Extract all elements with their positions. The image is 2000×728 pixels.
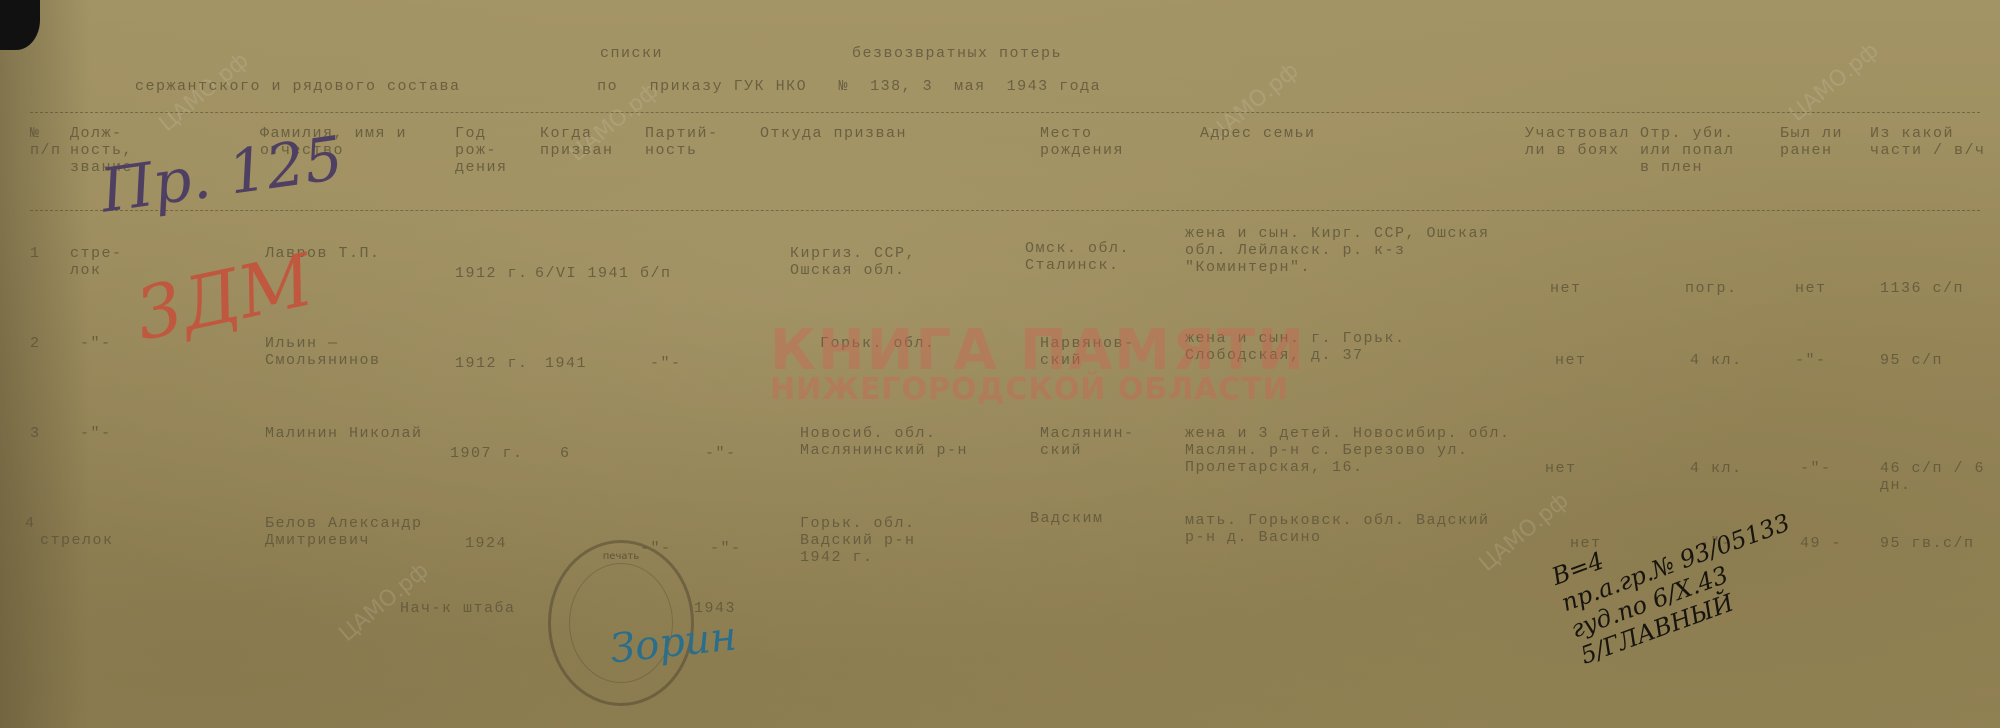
row-year: 1907 г.	[450, 445, 524, 462]
memory-book-watermark-region: НИЖЕГОРОДСКОЙ ОБЛАСТИ	[770, 372, 1289, 407]
row-name: Малинин Николай	[265, 425, 445, 442]
doc-header-line2: сержантского и рядового состава по прика…	[135, 78, 1101, 95]
row-called: 1941	[545, 355, 587, 372]
col-year: Год рож-дения	[455, 125, 535, 176]
col-unit: Из какой части / в/ч	[1870, 125, 1995, 159]
row-name: Белов Александр Дмитриевич	[265, 515, 465, 549]
columns-rule	[30, 210, 1980, 211]
col-from: Откуда призван	[760, 125, 970, 142]
col-battles: Участвовал ли в боях	[1525, 125, 1625, 159]
row-year: 1912 г.	[455, 355, 529, 372]
row-status: 4 кл.	[1690, 460, 1743, 477]
row-num: 1	[30, 245, 41, 262]
row-rank: -"-	[80, 425, 112, 442]
col-called: Когда призван	[540, 125, 640, 159]
col-party: Партий-ность	[645, 125, 745, 159]
row-party: -"-	[705, 445, 737, 462]
row-family: мать. Горьковск. обл. Вадский р-н д. Вас…	[1185, 512, 1515, 546]
row-unit: 95 с/п	[1880, 352, 1943, 369]
row-wounded: 49 -	[1800, 535, 1842, 552]
row-family: жена и 3 детей. Новосибир. обл. Маслян. …	[1185, 425, 1525, 476]
doc-header-line1: списки безвозвратных потерь	[600, 45, 1062, 62]
col-wounded: Был ли ранен	[1780, 125, 1860, 159]
row-unit: 95 гв.с/п	[1880, 535, 1975, 552]
row-from: Горьк. обл. Вадский р-н 1942 г.	[800, 515, 960, 566]
header-rule	[30, 112, 1980, 113]
col-family: Адрес семьи	[1200, 125, 1380, 142]
row-wounded: -"-	[1800, 460, 1832, 477]
row-called: 6/VI 1941	[535, 265, 630, 282]
row-unit: 1136 с/п	[1880, 280, 1964, 297]
row-called: 6	[560, 445, 571, 462]
paper-fold-shadow	[0, 0, 90, 728]
row-family: жена и сын. Кирг. ССР, Ошская обл. Лейла…	[1185, 225, 1515, 276]
row-from: Новосиб. обл. Маслянинский р-н	[800, 425, 970, 459]
row-party: -"-	[710, 540, 742, 557]
row-party: б/п	[640, 265, 672, 282]
row-birthplace: Маслянин-ский	[1040, 425, 1160, 459]
row-num: 4	[25, 515, 36, 532]
row-battles: нет	[1550, 280, 1582, 297]
row-unit: 46 с/п / 6 дн.	[1880, 460, 1990, 494]
row-party: -"-	[650, 355, 682, 372]
row-year: 1924	[465, 535, 507, 552]
seal-label: печать	[551, 551, 691, 562]
row-battles: нет	[1545, 460, 1577, 477]
row-status: погр.	[1685, 280, 1738, 297]
row-wounded: нет	[1795, 280, 1827, 297]
col-status: Отр. уби. или попал в плен	[1640, 125, 1740, 176]
col-birthplace: Место рождения	[1040, 125, 1160, 159]
row-year: 1912 г.	[455, 265, 529, 282]
row-birthplace: Омск. обл. Сталинск.	[1025, 240, 1165, 274]
row-birthplace: Вадским	[1030, 510, 1104, 527]
row-battles: нет	[1555, 352, 1587, 369]
row-wounded: -"-	[1795, 352, 1827, 369]
row-num: 3	[30, 425, 41, 442]
row-name: Ильин — Смольянинов	[265, 335, 445, 369]
row-rank: -"-	[80, 335, 112, 352]
row-rank: стрелок	[40, 532, 114, 549]
col-num: № п/п	[30, 125, 70, 159]
row-num: 2	[30, 335, 41, 352]
row-status: 4 кл.	[1690, 352, 1743, 369]
row-from: Киргиз. ССР, Ошская обл.	[790, 245, 960, 279]
